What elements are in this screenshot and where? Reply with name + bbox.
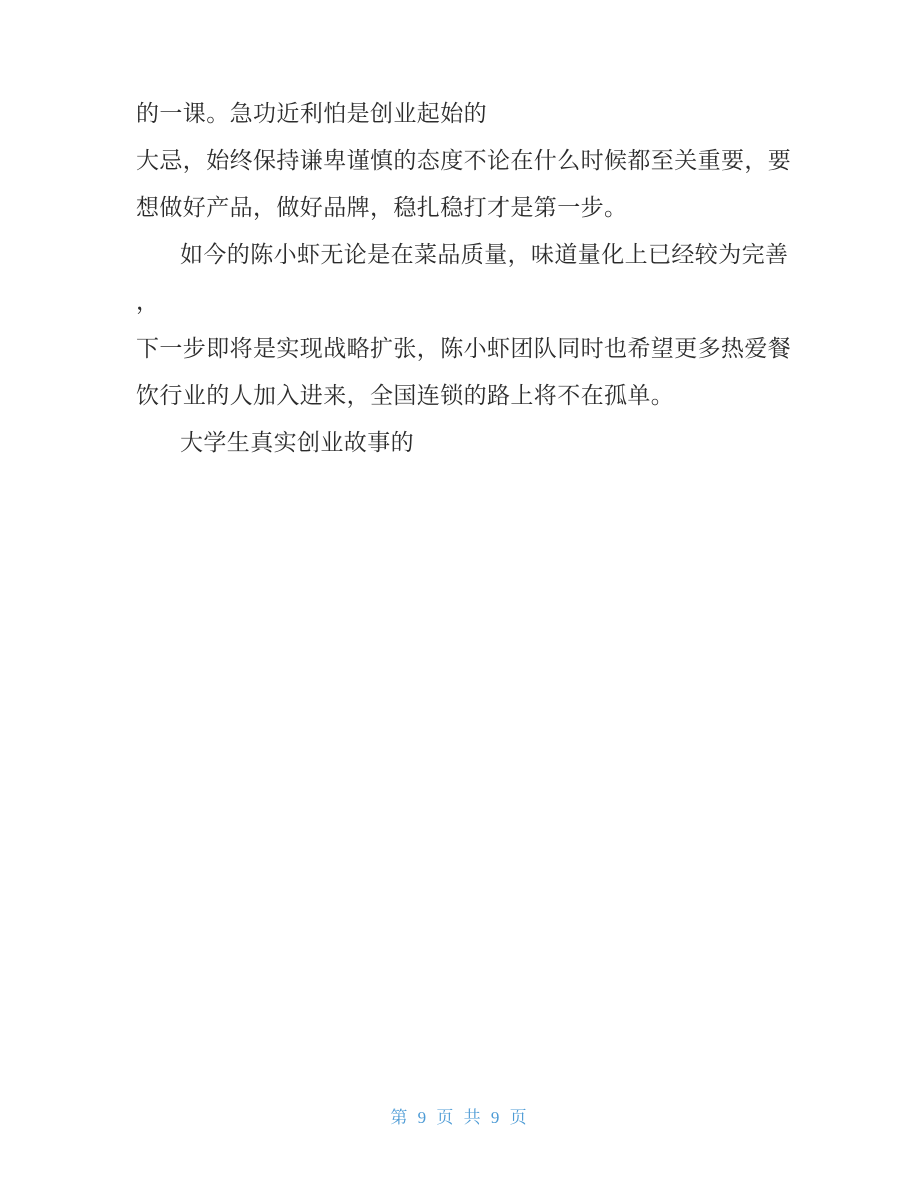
text-line: 想做好产品，做好品牌，稳扎稳打才是第一步。: [136, 184, 788, 231]
page-number-label: 第 9 页 共 9 页: [390, 1108, 529, 1127]
text-line: 下一步即将是实现战略扩张，陈小虾团队同时也希望更多热爱餐: [136, 325, 788, 372]
text-line: 饮行业的人加入进来，全国连锁的路上将不在孤单。: [136, 372, 788, 419]
document-page: 的一课。急功近利怕是创业起始的 大忌，始终保持谦卑谨慎的态度不论在什么时候都至关…: [0, 0, 920, 1191]
text-line: 大忌，始终保持谦卑谨慎的态度不论在什么时候都至关重要，要: [136, 137, 788, 184]
text-line: 大学生真实创业故事的: [136, 419, 788, 466]
page-footer: 第 9 页 共 9 页: [0, 1103, 920, 1128]
text-line: 的一课。急功近利怕是创业起始的: [136, 90, 788, 137]
text-line: 如今的陈小虾无论是在菜品质量，味道量化上已经较为完善: [136, 231, 788, 278]
document-body: 的一课。急功近利怕是创业起始的 大忌，始终保持谦卑谨慎的态度不论在什么时候都至关…: [136, 90, 788, 466]
text-line: ，: [136, 278, 788, 325]
